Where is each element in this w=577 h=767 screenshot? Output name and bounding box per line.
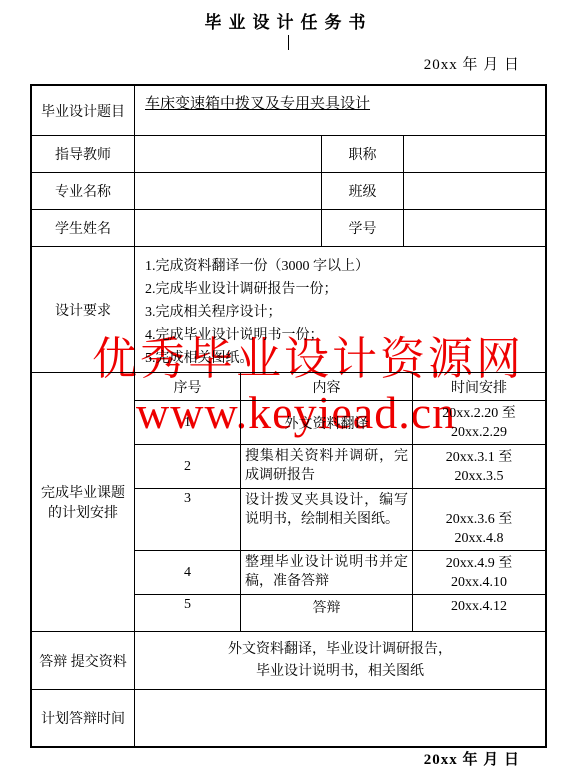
requirement-item: 4.完成毕业设计说明书一份； — [145, 324, 545, 347]
schedule-row: 3 设计拨叉夹具设计，编写说明书，绘制相关图纸。 20xx.3.6 至 20xx… — [135, 489, 545, 551]
major-label: 专业名称 — [32, 173, 135, 209]
schedule-header-row: 序号 内容 时间安排 — [135, 373, 545, 401]
date-bottom: 20xx 年 月 日 — [0, 748, 520, 767]
schedule-content: 整理毕业设计说明书并定稿，准备答辩 — [241, 551, 413, 594]
schedule-content: 设计拨叉夹具设计，编写说明书，绘制相关图纸。 — [241, 489, 413, 550]
requirements-list: 1.完成资料翻译一份（3000 字以上） 2.完成毕业设计调研报告一份； 3.完… — [135, 247, 545, 372]
title-tick-mark — [288, 35, 289, 50]
topic-value: 车床变速箱中拨叉及专用夹具设计 — [145, 96, 370, 112]
schedule-row: 2 搜集相关资料并调研，完成调研报告 20xx.3.1 至 20xx.3.5 — [135, 445, 545, 489]
advisor-value — [135, 136, 322, 172]
schedule-time: 20xx.3.1 至 20xx.3.5 — [413, 445, 545, 488]
table-row-student: 学生姓名 学号 — [32, 210, 545, 247]
schedule-time: 20xx.2.20 至 20xx.2.29 — [413, 401, 545, 444]
schedule-label-line2: 的计划安排 — [48, 502, 118, 522]
schedule-content: 搜集相关资料并调研，完成调研报告 — [241, 445, 413, 488]
table-row-defense-materials: 答辩 提交资料 外文资料翻译，毕业设计调研报告， 毕业设计说明书，相关图纸 — [32, 632, 545, 690]
task-form-table: 毕业设计题目 车床变速箱中拨叉及专用夹具设计 指导教师 职称 专业名称 班级 学… — [30, 84, 547, 748]
schedule-content: 外文资料翻译 — [241, 401, 413, 444]
schedule-label: 完成毕业课题 的计划安排 — [32, 373, 135, 631]
table-row-major: 专业名称 班级 — [32, 173, 545, 210]
schedule-no: 1 — [135, 401, 241, 444]
schedule-no: 3 — [135, 489, 241, 550]
title-rank-label: 职称 — [322, 136, 404, 172]
major-value — [135, 173, 322, 209]
schedule-row: 1 外文资料翻译 20xx.2.20 至 20xx.2.29 — [135, 401, 545, 445]
schedule-header-no: 序号 — [135, 373, 241, 400]
requirements-label: 设计要求 — [32, 247, 135, 372]
defense-time-label: 计划答辩时间 — [32, 690, 135, 746]
defense-materials-value: 外文资料翻译，毕业设计调研报告， 毕业设计说明书，相关图纸 — [135, 632, 545, 689]
student-id-label: 学号 — [322, 210, 404, 246]
table-row-schedule: 完成毕业课题 的计划安排 序号 内容 时间安排 1 外文资料翻译 20xx.2.… — [32, 373, 545, 632]
defense-time-value — [135, 690, 545, 746]
schedule-table: 序号 内容 时间安排 1 外文资料翻译 20xx.2.20 至 20xx.2.2… — [135, 373, 545, 631]
schedule-no: 2 — [135, 445, 241, 488]
date-top: 20xx 年 月 日 — [0, 53, 520, 74]
table-row-defense-time: 计划答辩时间 — [32, 690, 545, 746]
schedule-content: 答辩 — [241, 595, 413, 631]
requirement-item: 5.完成相关图纸。 — [145, 347, 545, 370]
advisor-label: 指导教师 — [32, 136, 135, 172]
schedule-row: 4 整理毕业设计说明书并定稿，准备答辩 20xx.4.9 至 20xx.4.10 — [135, 551, 545, 595]
requirement-item: 3.完成相关程序设计； — [145, 301, 545, 324]
student-id-value — [404, 210, 545, 246]
schedule-time: 20xx.3.6 至 20xx.4.8 — [413, 489, 545, 550]
schedule-no: 5 — [135, 595, 241, 631]
schedule-no: 4 — [135, 551, 241, 594]
task-book-page: 毕业设计任务书 20xx 年 月 日 毕业设计题目 车床变速箱中拨叉及专用夹具设… — [0, 8, 577, 74]
student-name-value — [135, 210, 322, 246]
class-value — [404, 173, 545, 209]
schedule-header-content: 内容 — [241, 373, 413, 400]
topic-value-cell: 车床变速箱中拨叉及专用夹具设计 — [135, 86, 545, 135]
schedule-row: 5 答辩 20xx.4.12 — [135, 595, 545, 631]
title-rank-value — [404, 136, 545, 172]
defense-materials-label: 答辩 提交资料 — [32, 632, 135, 689]
topic-label: 毕业设计题目 — [32, 86, 135, 135]
class-label: 班级 — [322, 173, 404, 209]
requirement-item: 2.完成毕业设计调研报告一份； — [145, 278, 545, 301]
page-title: 毕业设计任务书 — [0, 8, 577, 33]
schedule-header-time: 时间安排 — [413, 373, 545, 400]
requirement-item: 1.完成资料翻译一份（3000 字以上） — [145, 255, 545, 278]
schedule-time: 20xx.4.9 至 20xx.4.10 — [413, 551, 545, 594]
table-row-requirements: 设计要求 1.完成资料翻译一份（3000 字以上） 2.完成毕业设计调研报告一份… — [32, 247, 545, 373]
schedule-label-line1: 完成毕业课题 — [41, 482, 125, 502]
table-row-advisor: 指导教师 职称 — [32, 136, 545, 173]
student-name-label: 学生姓名 — [32, 210, 135, 246]
schedule-time: 20xx.4.12 — [413, 595, 545, 631]
table-row-topic: 毕业设计题目 车床变速箱中拨叉及专用夹具设计 — [32, 86, 545, 136]
